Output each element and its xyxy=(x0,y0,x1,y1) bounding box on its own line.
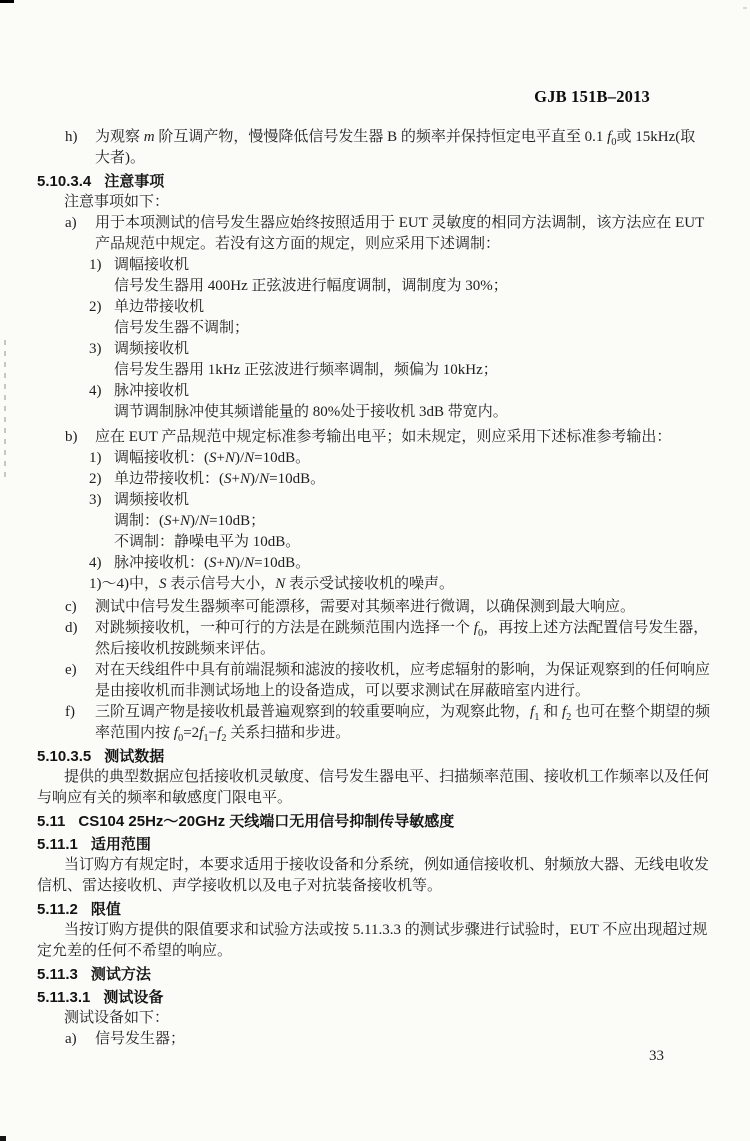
section-number: 5.11.3.1 xyxy=(37,989,90,1006)
item-marker-d: d) xyxy=(65,618,78,639)
section-heading-5-11-3-1: 5.11.3.1测试设备 xyxy=(37,987,727,1008)
item-text: 用于本项测试的信号发生器应始终按照适用于 EUT 灵敏度的相同方法调制，该方法应… xyxy=(95,215,704,231)
section-title: 注意事项 xyxy=(104,173,164,190)
section-number: 5.11.1 xyxy=(37,836,78,853)
section-number: 5.11.3 xyxy=(37,966,78,983)
section-heading-5-11-2: 5.11.2限值 xyxy=(37,899,727,920)
section-number: 5.11 xyxy=(37,813,65,830)
list-item-a-line2: 产品规范中规定。若没有这方面的规定，则应采用下述调制： xyxy=(37,234,727,255)
section-title: 测试设备 xyxy=(103,989,163,1006)
item-marker-a: a) xyxy=(65,1029,77,1050)
scanned-document-page: GJB 151B–2013 h) 为观察 m 阶互调产物，慢慢降低信号发生器 B… xyxy=(0,0,750,1141)
section-heading-5-11-1: 5.11.1适用范围 xyxy=(37,834,727,855)
sub-item-a1-detail: 信号发生器用 400Hz 正弦波进行幅度调制，调制度为 30%； xyxy=(37,276,727,297)
list-item-a-line1: a) 用于本项测试的信号发生器应始终按照适用于 EUT 灵敏度的相同方法调制，该… xyxy=(37,213,727,234)
item-text: 三阶互调产物是接收机最普遍观察到的较重要响应，为观察此物，f1 和 f2 也可在… xyxy=(95,704,710,720)
sub-item-marker: 4) xyxy=(89,553,102,574)
scan-artifact-left-dashes xyxy=(4,340,6,482)
section-number: 5.11.2 xyxy=(37,901,78,918)
sub-item-a4-detail: 调节调制脉冲使其频谱能量的 80%处于接收机 3dB 带宽内。 xyxy=(37,402,727,423)
sub-item-a2-title: 2) 单边带接收机 xyxy=(37,297,727,318)
item-text: 应在 EUT 产品规范中规定标准参考输出电平；如未规定，则应采用下述标准参考输出… xyxy=(95,429,671,445)
list-item-h-line2: 大者)。 xyxy=(37,148,727,169)
sub-item-text: 单边带接收机：(S+N)/N=10dB。 xyxy=(114,471,325,487)
list-item-c: c) 测试中信号发生器频率可能漂移，需要对其频率进行微调，以确保测到最大响应。 xyxy=(37,597,727,618)
list-item-f-line1: f) 三阶互调产物是接收机最普遍观察到的较重要响应，为观察此物，f1 和 f2 … xyxy=(37,702,727,723)
list-item-d-line1: d) 对跳频接收机，一种可行的方法是在跳频范围内选择一个 f0，再按上述方法配置… xyxy=(37,618,727,639)
sub-item-b2: 2) 单边带接收机：(S+N)/N=10dB。 xyxy=(37,469,727,490)
section-title: 限值 xyxy=(91,901,121,918)
list-item-e-line2: 是由接收机而非测试场地上的设备造成，可以要求测试在屏蔽暗室内进行。 xyxy=(37,681,727,702)
intro-paragraph: 注意事项如下： xyxy=(37,192,727,213)
section-title: 测试方法 xyxy=(91,966,151,983)
list-item-a-equipment: a) 信号发生器； xyxy=(37,1029,727,1050)
document-body: h) 为观察 m 阶互调产物，慢慢降低信号发生器 B 的频率并保持恒定电平直至 … xyxy=(37,127,727,1050)
scan-artifact-top-right xyxy=(743,7,747,9)
list-item-b-line1: b) 应在 EUT 产品规范中规定标准参考输出电平；如未规定，则应采用下述标准参… xyxy=(37,427,727,448)
sub-item-a3-title: 3) 调频接收机 xyxy=(37,339,727,360)
sub-item-b4: 4) 脉冲接收机：(S+N)/N=10dB。 xyxy=(37,553,727,574)
paragraph-5-10-3-5-line2: 与响应有关的频率和敏感度门限电平。 xyxy=(37,788,727,809)
section-title: 测试数据 xyxy=(104,748,164,765)
section-number: 5.10.3.4 xyxy=(37,173,91,190)
item-text: 测试中信号发生器频率可能漂移，需要对其频率进行微调，以确保测到最大响应。 xyxy=(95,599,635,615)
section-heading-5-10-3-4: 5.10.3.4注意事项 xyxy=(37,171,727,192)
sub-item-marker: 3) xyxy=(89,490,102,511)
sub-item-a1-title: 1) 调幅接收机 xyxy=(37,255,727,276)
scan-artifact-top-left xyxy=(0,0,14,3)
sub-item-marker: 3) xyxy=(89,339,102,360)
sub-item-text: 脉冲接收机：(S+N)/N=10dB。 xyxy=(114,555,310,571)
paragraph-5-11-1-line1: 当订购方有规定时，本要求适用于接收设备和分系统，例如通信接收机、射频放大器、无线… xyxy=(37,855,727,876)
scan-artifact-bottom-left xyxy=(0,1136,6,1141)
section-heading-5-11: 5.11CS104 25Hz～20GHz 天线端口无用信号抑制传导敏感度 xyxy=(37,811,727,832)
section-title: 适用范围 xyxy=(91,836,151,853)
section-heading-5-11-3: 5.11.3测试方法 xyxy=(37,964,727,985)
list-item-h-line1: h) 为观察 m 阶互调产物，慢慢降低信号发生器 B 的频率并保持恒定电平直至 … xyxy=(37,127,727,148)
list-item-d-line2: 然后接收机按跳频来评估。 xyxy=(37,639,727,660)
sub-item-a2-detail: 信号发生器不调制； xyxy=(37,318,727,339)
sub-item-b3-unmod: 不调制：静噪电平为 10dB。 xyxy=(37,532,727,553)
item-text: 对在天线组件中具有前端混频和滤波的接收机，应考虑辐射的影响，为保证观察到的任何响… xyxy=(95,662,710,678)
sub-item-marker: 1) xyxy=(89,448,102,469)
standard-number-header: GJB 151B–2013 xyxy=(534,87,650,107)
page-number: 33 xyxy=(649,1048,664,1065)
item-marker-b: b) xyxy=(65,427,78,448)
paragraph-5-11-2-line1: 当按订购方提供的限值要求和试验方法或按 5.11.3.3 的测试步骤进行试验时，… xyxy=(37,920,727,941)
sub-item-marker: 2) xyxy=(89,469,102,490)
sub-item-a4-title: 4) 脉冲接收机 xyxy=(37,381,727,402)
item-marker-f: f) xyxy=(65,702,75,723)
item-marker-h: h) xyxy=(65,127,78,148)
sub-item-marker: 2) xyxy=(89,297,102,318)
sub-item-marker: 4) xyxy=(89,381,102,402)
paragraph-5-11-3-1: 测试设备如下： xyxy=(37,1008,727,1029)
sub-item-b1: 1) 调幅接收机：(S+N)/N=10dB。 xyxy=(37,448,727,469)
item-marker-e: e) xyxy=(65,660,77,681)
sub-item-marker: 1) xyxy=(89,255,102,276)
paragraph-5-10-3-5-line1: 提供的典型数据应包括接收机灵敏度、信号发生器电平、扫描频率范围、接收机工作频率以… xyxy=(37,767,727,788)
item-marker-c: c) xyxy=(65,597,77,618)
sub-item-text: 调幅接收机：(S+N)/N=10dB。 xyxy=(114,450,310,466)
item-text: 对跳频接收机，一种可行的方法是在跳频范围内选择一个 f0，再按上述方法配置信号发… xyxy=(95,620,708,636)
item-marker-a: a) xyxy=(65,213,77,234)
sub-item-text: 单边带接收机 xyxy=(114,299,204,315)
paragraph-5-11-1-line2: 信机、雷达接收机、声学接收机以及电子对抗装备接收机等。 xyxy=(37,876,727,897)
section-number: 5.10.3.5 xyxy=(37,748,91,765)
item-text: 为观察 m 阶互调产物，慢慢降低信号发生器 B 的频率并保持恒定电平直至 0.1… xyxy=(95,129,695,145)
item-text: 信号发生器； xyxy=(95,1031,185,1047)
sub-item-a3-detail: 信号发生器用 1kHz 正弦波进行频率调制，频偏为 10kHz； xyxy=(37,360,727,381)
section-heading-5-10-3-5: 5.10.3.5测试数据 xyxy=(37,746,727,767)
sub-item-text: 调频接收机 xyxy=(114,341,189,357)
sub-item-b3-mod: 调制：(S+N)/N=10dB； xyxy=(37,511,727,532)
sub-item-text: 调幅接收机 xyxy=(114,257,189,273)
paragraph-5-11-2-line2: 定允差的任何不希望的响应。 xyxy=(37,941,727,962)
section-title: CS104 25Hz～20GHz 天线端口无用信号抑制传导敏感度 xyxy=(78,813,454,830)
sub-item-text: 脉冲接收机 xyxy=(114,383,189,399)
sub-item-b3-title: 3) 调频接收机 xyxy=(37,490,727,511)
sub-item-text: 调频接收机 xyxy=(114,492,189,508)
list-item-e-line1: e) 对在天线组件中具有前端混频和滤波的接收机，应考虑辐射的影响，为保证观察到的… xyxy=(37,660,727,681)
note-symbols-definition: 1)～4)中，S 表示信号大小，N 表示受试接收机的噪声。 xyxy=(37,574,727,595)
list-item-f-line2: 率范围内按 f0=2f1−f2 关系扫描和步进。 xyxy=(37,723,727,744)
